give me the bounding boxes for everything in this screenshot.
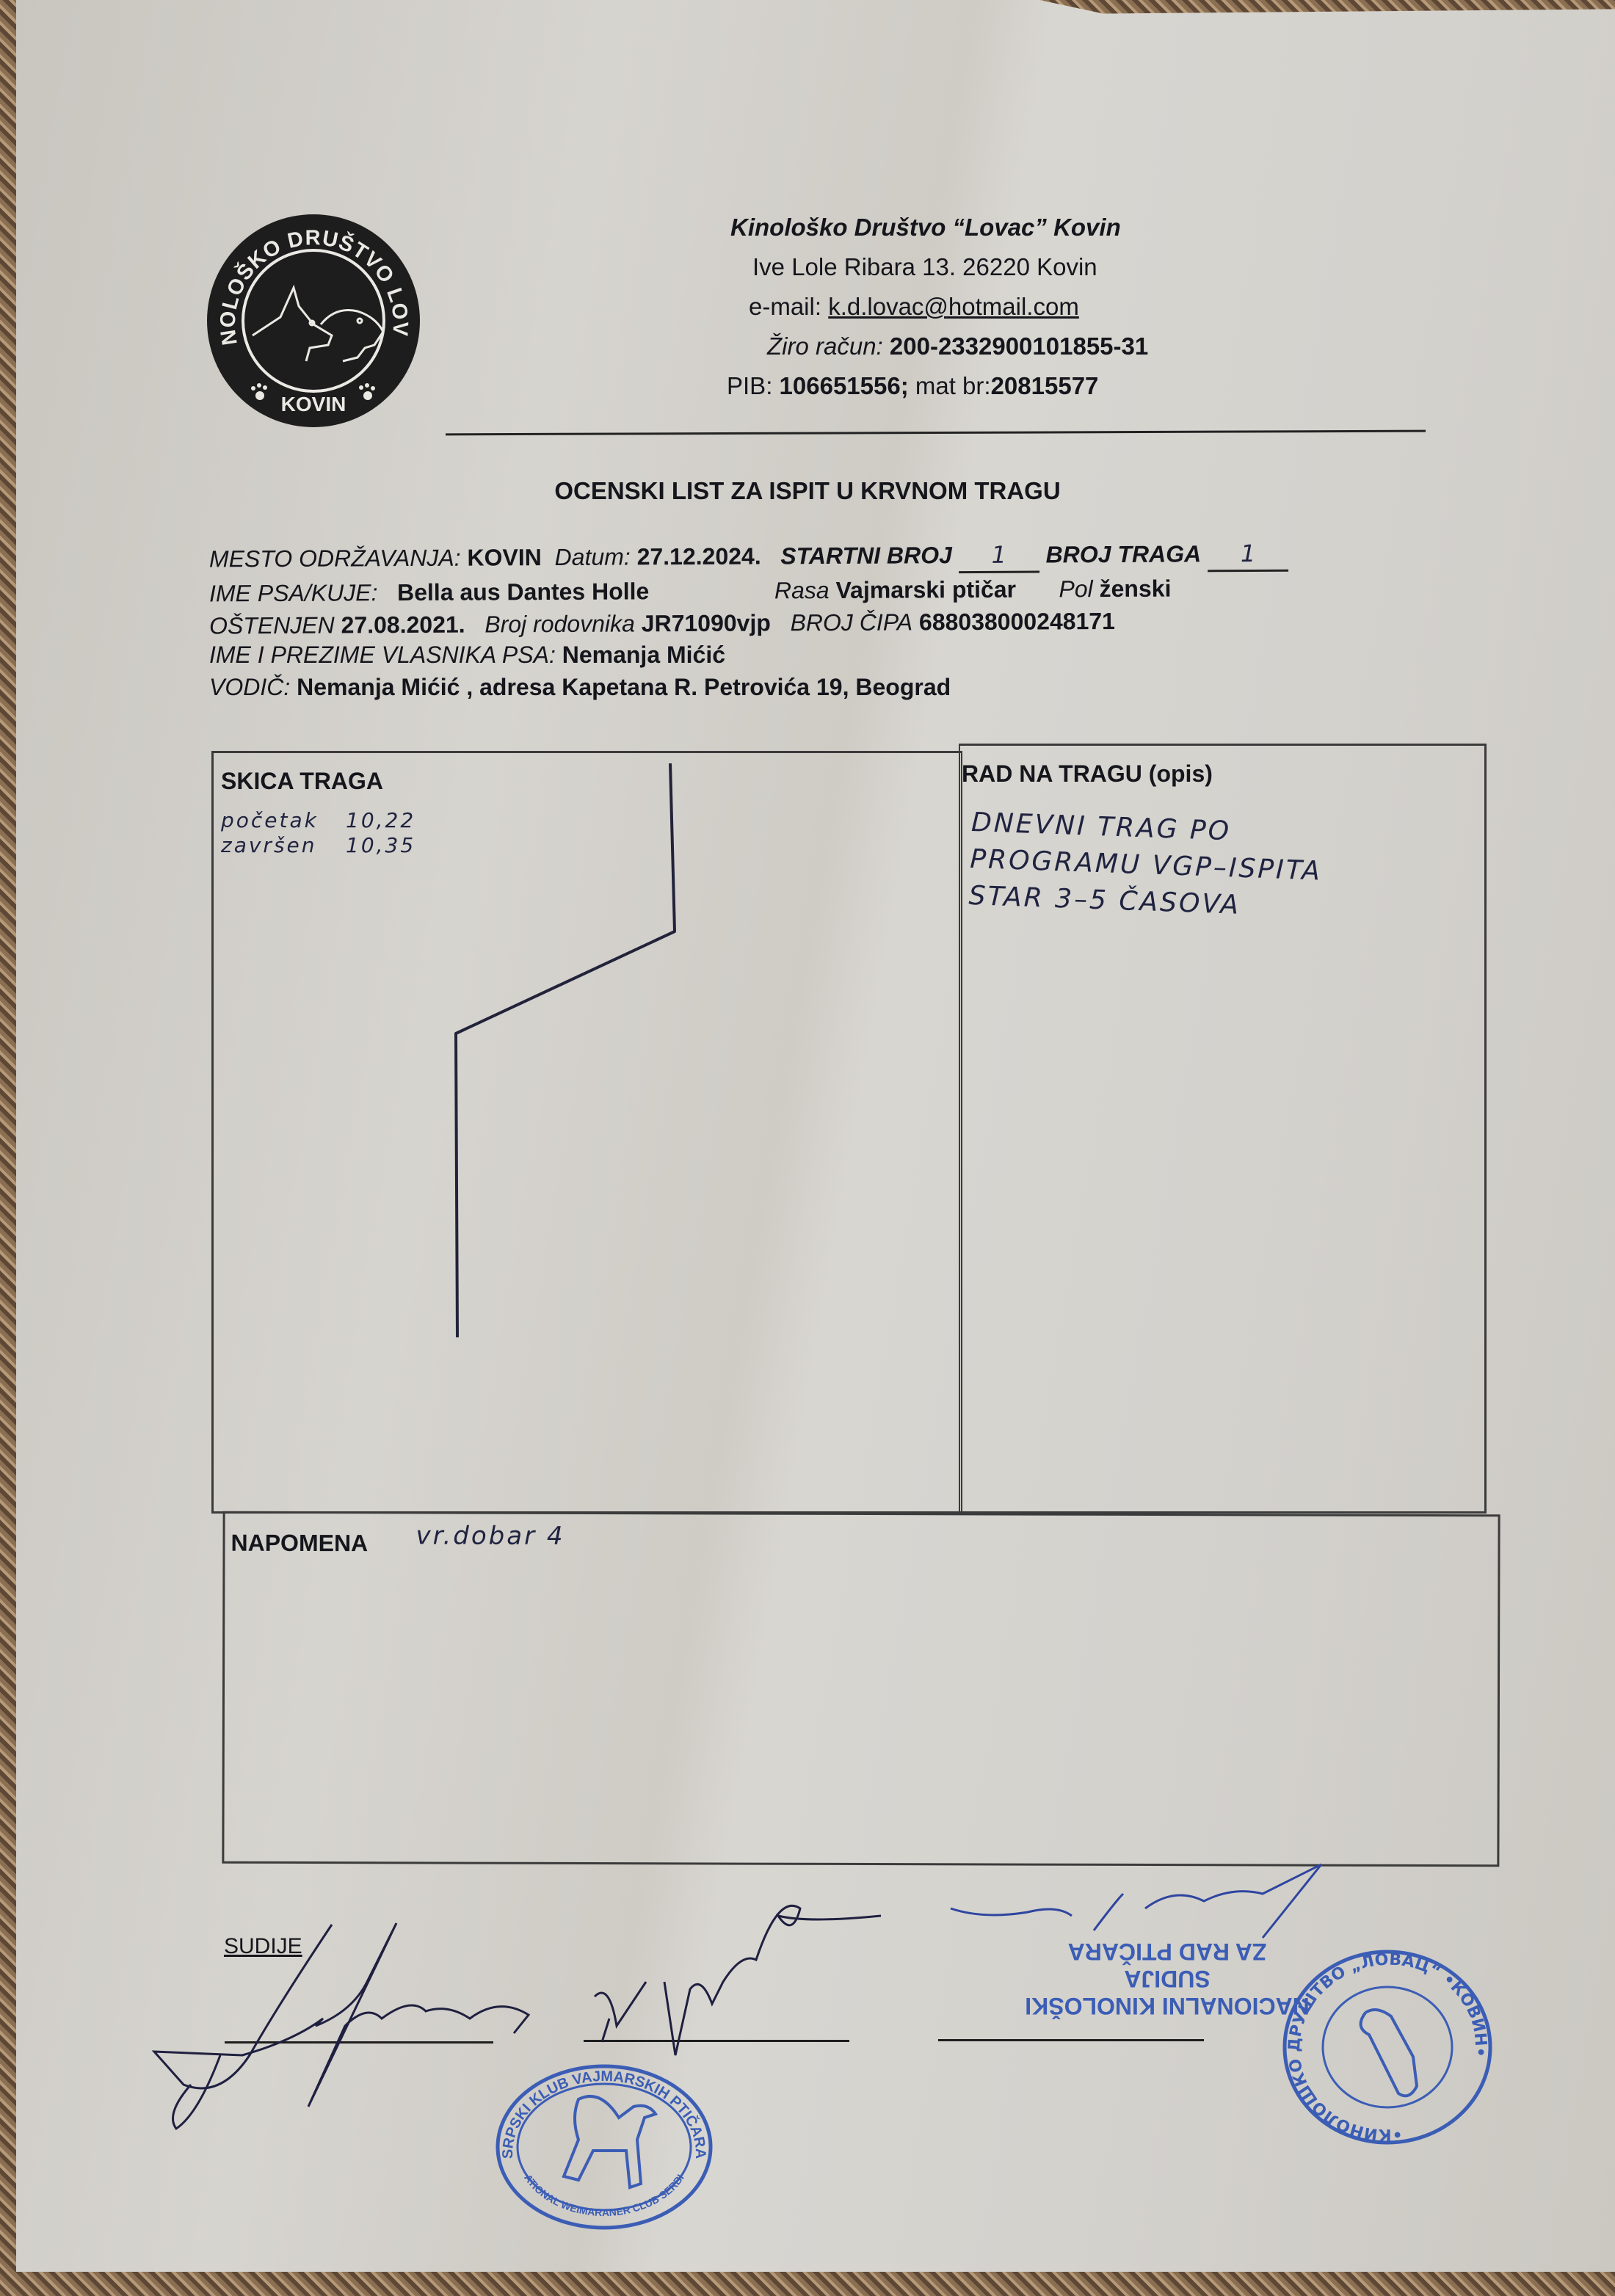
org-address: Ive Lole Ribara 13. 26220 Kovin xyxy=(730,247,1148,287)
logo-ring-text-icon: KINOLOŠKO DRUŠTVO LOVAC KOVIN xyxy=(207,214,420,427)
note-value: vr.dobar 4 xyxy=(415,1521,565,1551)
org-pib-row: PIB: 106651556; mat br:20815577 xyxy=(727,366,1148,406)
weimaraner-dog-icon xyxy=(564,2096,656,2187)
svg-text:KOVIN: KOVIN xyxy=(281,393,346,415)
row-owner: IME I PREZIME VLASNIKA PSA: Nemanja Mići… xyxy=(209,639,1457,671)
form-fields: MESTO ODRŽAVANJA: KOVIN Datum: 27.12.202… xyxy=(209,540,1457,703)
sketch-box: SKICA TRAGA početak10,22 završen10,35 xyxy=(211,751,962,1514)
society-logo: KINOLOŠKO DRUŠTVO LOVAC KOVIN xyxy=(207,214,420,427)
org-header: Kinološko Društvo “Lovac” Kovin Ive Lole… xyxy=(730,208,1148,406)
note-box: NAPOMENA vr.dobar 4 xyxy=(222,1511,1500,1867)
work-label: RAD NA TRAGU (opis) xyxy=(962,760,1213,788)
dogs-heads-icon xyxy=(253,288,383,361)
start-number-field[interactable]: 1 xyxy=(959,539,1039,574)
row-handler: VODIČ: Nemanja Mićić , adresa Kapetana R… xyxy=(209,671,1457,703)
track-number-field[interactable]: 1 xyxy=(1208,537,1288,573)
work-box: RAD NA TRAGU (opis) DNEVNI TRAG PO PROGR… xyxy=(959,744,1487,1514)
club-stamp: SRPSKI KLUB VAJMARSKIH PTIČARA NATIONAL … xyxy=(490,2059,718,2235)
work-description: DNEVNI TRAG PO PROGRAMU VGP–ISPITA STAR … xyxy=(968,804,1324,927)
note-label: NAPOMENA xyxy=(231,1530,368,1557)
org-email-row: e-mail: k.d.lovac@hotmail.com xyxy=(730,287,1148,327)
form-title: OCENSKI LIST ZA ISPIT U KRVNOM TRAGU xyxy=(0,477,1615,505)
row-whelped: OŠTENJEN 27.08.2021. Broj rodovnika JR71… xyxy=(209,603,1457,642)
email-link[interactable]: k.d.lovac@hotmail.com xyxy=(828,293,1079,320)
society-stamp: •КИНОЛОШКО ДРУШТВО „ЛОВАЦ“ •КОВИН• xyxy=(1274,1947,1501,2159)
track-sketch-icon xyxy=(214,753,961,1511)
dog-head-icon xyxy=(1361,2010,1417,2096)
svg-text:•КИНОЛОШКО ДРУШТВО „ЛОВАЦ“ •КО: •КИНОЛОШКО ДРУШТВО „ЛОВАЦ“ •КОВИН• xyxy=(1274,1947,1501,2159)
org-name: Kinološko Društvo “Lovac” Kovin xyxy=(730,208,1148,247)
svg-text:SRPSKI KLUB VAJMARSKIH PTIČARA: SRPSKI KLUB VAJMARSKIH PTIČARA xyxy=(500,2068,708,2159)
org-account-row: Žiro račun: 200-2332900101855-31 xyxy=(730,327,1148,366)
